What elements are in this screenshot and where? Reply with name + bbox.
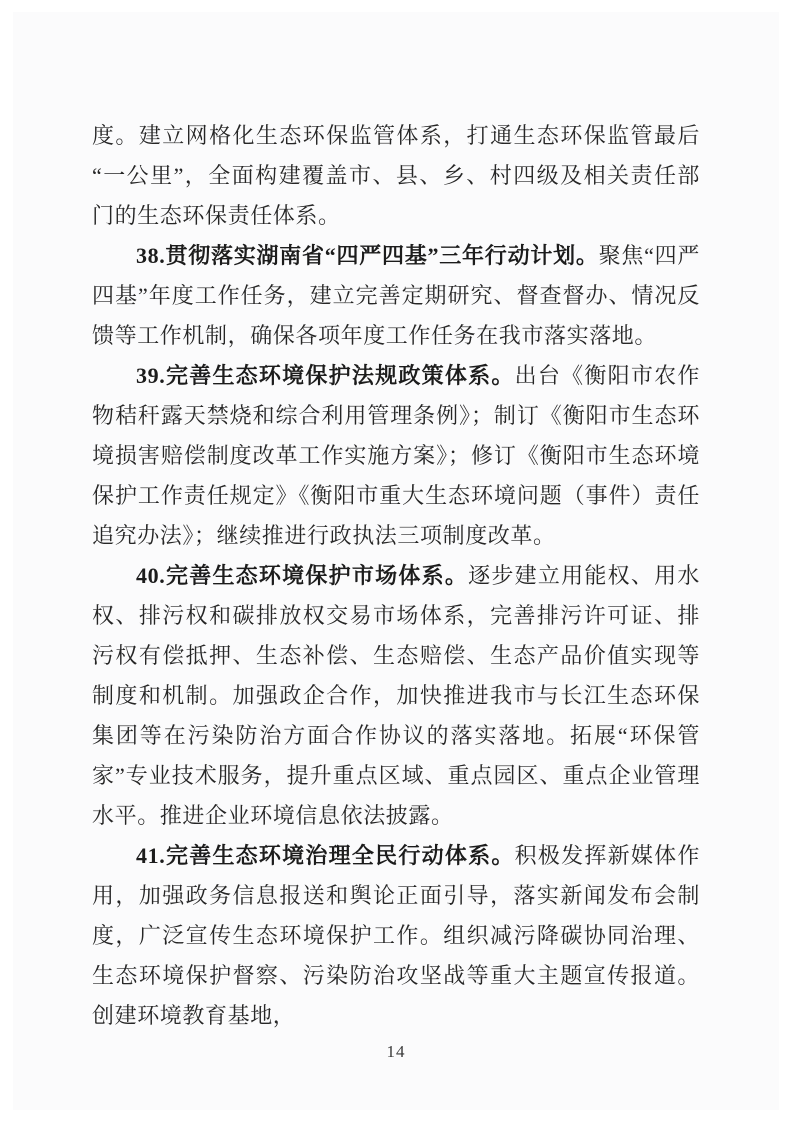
paragraph-lead: 38.贯彻落实湖南省“四严四基”三年行动计划。 xyxy=(136,243,599,268)
paragraph-40: 40.完善生态环境保护市场体系。逐步建立用能权、用水权、排污权和碳排放权交易市场… xyxy=(92,556,700,836)
paragraph-lead: 41.完善生态环境治理全民行动体系。 xyxy=(136,843,515,868)
paragraph-41: 41.完善生态环境治理全民行动体系。积极发挥新媒体作用，加强政务信息报送和舆论正… xyxy=(92,836,700,1036)
paragraph-lead: 39.完善生态环境保护法规政策体系。 xyxy=(136,363,515,388)
paragraph-body: 度。建立网格化生态环保监管体系，打通生态环保监管最后“一公里”，全面构建覆盖市、… xyxy=(92,123,700,228)
text-block: 度。建立网格化生态环保监管体系，打通生态环保监管最后“一公里”，全面构建覆盖市、… xyxy=(92,116,700,1036)
document-page: 度。建立网格化生态环保监管体系，打通生态环保监管最后“一公里”，全面构建覆盖市、… xyxy=(0,0,792,1122)
paragraph-38: 38.贯彻落实湖南省“四严四基”三年行动计划。聚焦“四严四基”年度工作任务，建立… xyxy=(92,236,700,356)
paragraph-continuation: 度。建立网格化生态环保监管体系，打通生态环保监管最后“一公里”，全面构建覆盖市、… xyxy=(92,116,700,236)
page-number: 14 xyxy=(0,1042,792,1062)
paragraph-body: 出台《衡阳市农作物秸秆露天禁烧和综合利用管理条例》；制订《衡阳市生态环境损害赔偿… xyxy=(92,363,700,548)
paragraph-body: 逐步建立用能权、用水权、排污权和碳排放权交易市场体系，完善排污许可证、排污权有偿… xyxy=(92,563,700,828)
paragraph-body: 积极发挥新媒体作用，加强政务信息报送和舆论正面引导，落实新闻发布会制度，广泛宣传… xyxy=(92,843,700,1028)
paragraph-lead: 40.完善生态环境保护市场体系。 xyxy=(136,563,468,588)
paragraph-39: 39.完善生态环境保护法规政策体系。出台《衡阳市农作物秸秆露天禁烧和综合利用管理… xyxy=(92,356,700,556)
